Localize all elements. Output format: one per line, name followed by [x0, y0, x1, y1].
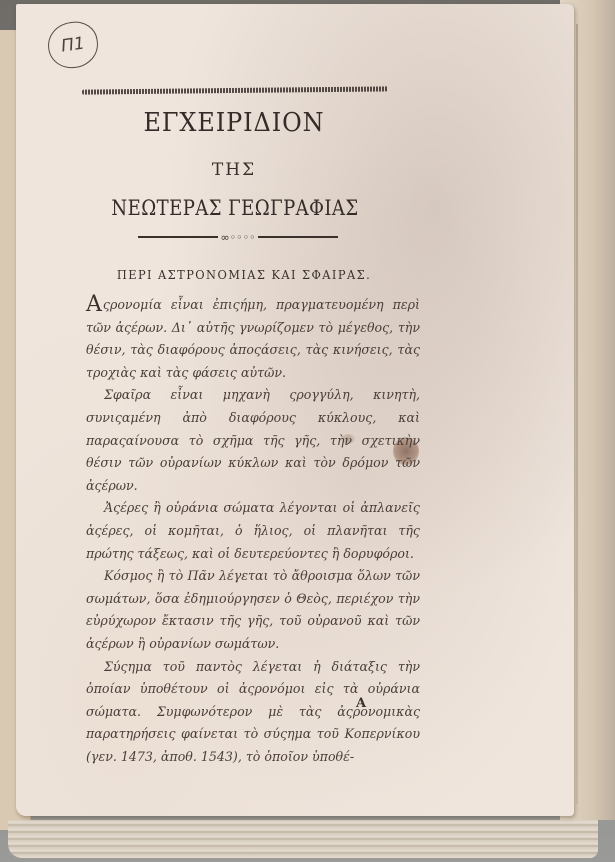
drop-cap: Α	[86, 292, 102, 317]
paragraph-cosmos: Κόσμος ἢ τὸ Πᾶν λέγεται τὸ ἄθροισμα ὅλων…	[86, 565, 420, 655]
section-heading: ΠΕΡΙ ΑΣΤΡΟΝΟΜΙΑΣ ΚΑΙ ΣΦΑΙΡΑΣ.	[102, 268, 387, 282]
divider-line-right	[258, 236, 338, 238]
paragraph-system: Σύςημα τοῦ παντὸς λέγεται ἡ διάταξις τὴν…	[86, 656, 420, 769]
catalog-mark-text: Π1	[60, 33, 86, 56]
decorative-top-rule	[82, 86, 388, 94]
ornament-icon: ∞◦◦◦◦	[218, 232, 257, 243]
book-title: ΕΓΧΕΙΡΙΔΙΟΝ	[96, 108, 372, 138]
book-page: Π1 ΕΓΧΕΙΡΙΔΙΟΝ ΤΗΣ ΝΕΩΤΕΡΑΣ ΓΕΩΓΡΑΦΙΑΣ ∞…	[16, 4, 574, 816]
paragraph-text: ςρονομία εἶναι ἐπιςήμη, πραγματευομένη π…	[86, 297, 420, 380]
handwritten-catalog-mark: Π1	[45, 19, 101, 72]
paragraph-astronomy: Αςρονομία εἶναι ἐπιςήμη, πραγματευομένη …	[86, 294, 420, 384]
body-text: Αςρονομία εἶναι ἐπιςήμη, πραγματευομένη …	[86, 294, 420, 768]
ornamental-divider: ∞◦◦◦◦	[138, 230, 338, 244]
paragraph-sphere: Σφαῖρα εἶναι μηχανὴ ςρογγύλη, κινητὴ, συ…	[86, 384, 420, 497]
signature-mark: Α	[356, 696, 366, 711]
page-tear	[576, 24, 578, 804]
divider-line-left	[138, 236, 218, 238]
page-stack-bottom	[8, 820, 598, 858]
subtitle-main: ΝΕΩΤΕΡΑΣ ΓΕΩΓΡΑΦΙΑΣ	[98, 196, 371, 220]
subtitle-article: ΤΗΣ	[84, 160, 384, 180]
paragraph-stars: Ἀςέρες ἢ οὐράνια σώματα λέγονται οἱ ἀπλα…	[86, 497, 420, 565]
